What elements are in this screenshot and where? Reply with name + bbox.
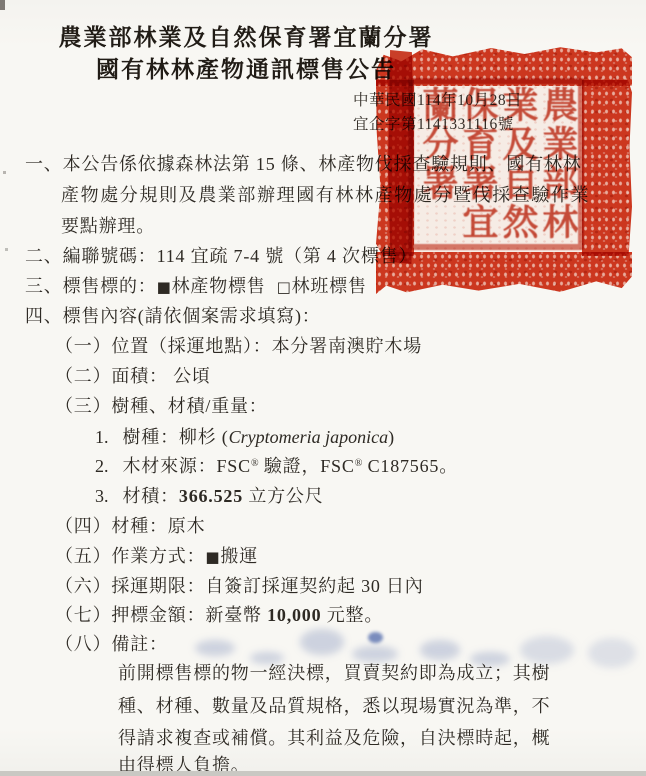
sub-4-label: （四） [55, 516, 111, 536]
checkbox-filled-icon: ■ [205, 548, 220, 566]
sub-3-line: （三）樹種、材積/重量： [55, 392, 268, 418]
sub-6-text: 採運期限：自簽訂採運契約起 30 日內 [111, 576, 423, 596]
remark-line-2: 種、材種、數量及品質規格，悉以現場實況為準，不 [118, 692, 550, 718]
sub-5-option: 搬運 [220, 546, 258, 566]
item-1-line-1: 一、本公告係依據森林法第 15 條、林產物伐採查驗規則、國有林林 [25, 150, 582, 176]
announcement-title: 國有林林產物通訊標售公告 [0, 51, 492, 84]
sub-3-text: 樹種、材積/重量： [111, 396, 267, 416]
item-1-label: 一、 [25, 154, 63, 174]
blue-ink-smudge [420, 640, 460, 660]
deposit-amount-value: 10,000 [267, 605, 321, 625]
item-3-line: 三、標售標的：■林產物標售□林班標售 [25, 272, 367, 298]
item-1-line-2: 產物處分規則及農業部辦理國有林林產物處分暨伐採查驗作業 [61, 181, 590, 207]
blue-ink-smudge [352, 646, 398, 662]
sub-2-text: 面積： 公頃 [111, 366, 210, 386]
scanned-announcement-page: 農業部林業及自然保育署宜蘭分署 國有林林產物通訊標售公告 中華民國114年10月… [0, 0, 646, 776]
blue-ink-smudge [470, 652, 510, 666]
num-2-seg-1: 木材來源：FSC [123, 456, 251, 476]
sub-7-line: （七）押標金額：新臺幣 10,000 元整。 [55, 601, 383, 627]
scan-speck [5, 248, 8, 251]
sub-7-suffix: 元整。 [321, 605, 383, 625]
num-3-prefix: 材積： [123, 486, 179, 506]
num-3-line: 3.材積：366.525 立方公尺 [95, 482, 324, 508]
num-1-prefix: 樹種：柳杉 ( [123, 427, 229, 447]
timber-volume-value: 366.525 [179, 486, 243, 506]
sub-4-text: 材種：原木 [111, 516, 205, 536]
item-3-label: 三、 [25, 276, 63, 296]
species-latin-name: Cryptomeria japonica [229, 427, 389, 447]
agency-title: 農業部林業及自然保育署宜蘭分署 [0, 19, 492, 52]
item-3-prefix: 標售標的： [63, 276, 157, 296]
doc-number: 宜企字第1141331116號 [353, 112, 514, 134]
sub-1-text: 位置（採運地點）：本分署南澳貯木場 [111, 336, 422, 356]
blue-ink-smudge [300, 629, 344, 655]
checkbox-empty-icon: □ [277, 278, 292, 296]
sub-8-line: （八）備註： [55, 630, 168, 656]
scan-speck [0, 0, 5, 10]
num-1-line: 1.樹種：柳杉 (Cryptomeria japonica) [95, 423, 395, 449]
num-2-seg-2: 驗證，FSC [259, 456, 355, 476]
item-1-line-3: 要點辦理。 [61, 212, 155, 238]
sub-1-line: （一）位置（採運地點）：本分署南澳貯木場 [55, 332, 422, 358]
scan-speck [3, 171, 6, 174]
item-4-label: 四、 [25, 306, 63, 326]
checkbox-filled-icon: ■ [157, 278, 172, 296]
blue-ink-smudge [520, 636, 574, 664]
num-1-suffix: ) [388, 427, 395, 447]
official-seal-stamp-right-smear [582, 80, 632, 256]
item-3-option-2: 林班標售 [292, 276, 367, 296]
sub-7-label: （七） [55, 605, 111, 625]
sub-2-line: （二）面積： 公頃 [55, 362, 211, 388]
issue-date: 中華民國114年10月28日 [353, 88, 522, 110]
num-2-line: 2.木材來源：FSC® 驗證，FSC® C187565。 [95, 452, 458, 478]
sub-3-label: （三） [55, 396, 111, 416]
item-1-text-1: 本公告係依據森林法第 15 條、林產物伐採查驗規則、國有林林 [63, 154, 582, 174]
scan-bottom-edge [0, 771, 646, 776]
blue-ink-smudge [588, 638, 636, 668]
sub-8-label: （八） [55, 634, 111, 654]
blue-ink-mark [368, 632, 383, 643]
blue-ink-smudge [250, 652, 284, 664]
item-2-label: 二、 [25, 246, 63, 266]
sub-2-label: （二） [55, 366, 111, 386]
sub-6-line: （六）採運期限：自簽訂採運契約起 30 日內 [55, 572, 424, 598]
sub-4-line: （四）材種：原木 [55, 512, 205, 538]
num-1-label: 1. [95, 427, 109, 448]
item-2-line: 二、編聯號碼：114 宜疏 7-4 號（第 4 次標售） [25, 242, 417, 268]
sub-5-line: （五）作業方式：■搬運 [55, 542, 258, 568]
item-2-text: 編聯號碼：114 宜疏 7-4 號（第 4 次標售） [63, 246, 418, 266]
sub-8-text: 備註： [111, 634, 167, 654]
sub-7-prefix: 押標金額：新臺幣 [111, 605, 267, 625]
sub-5-label: （五） [55, 546, 111, 566]
num-2-seg-3: C187565。 [362, 456, 458, 476]
num-3-label: 3. [95, 486, 109, 507]
sub-6-label: （六） [55, 576, 111, 596]
blue-ink-smudge [195, 640, 235, 656]
item-4-line: 四、標售內容(請依個案需求填寫)： [25, 302, 321, 328]
item-3-option-1: 林產物標售 [172, 276, 266, 296]
item-4-text: 標售內容(請依個案需求填寫)： [63, 306, 321, 326]
remark-line-3: 得請求複查或補償。其利益及危險，自決標時起，概 [118, 724, 550, 750]
sub-5-prefix: 作業方式： [111, 546, 205, 566]
num-2-label: 2. [95, 456, 109, 477]
sub-1-label: （一） [55, 336, 111, 356]
registered-trademark-icon: ® [251, 458, 259, 469]
num-3-suffix: 立方公尺 [243, 486, 324, 506]
